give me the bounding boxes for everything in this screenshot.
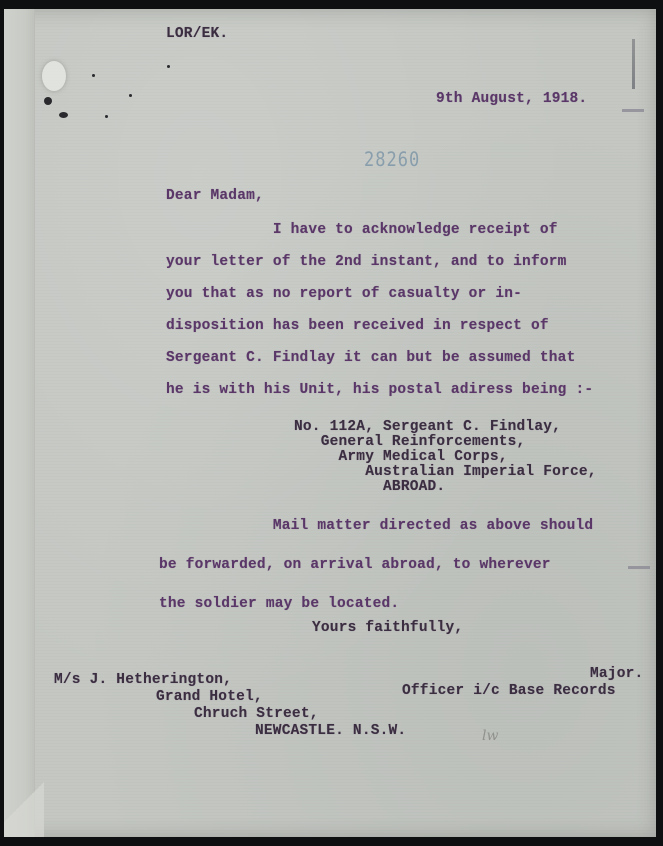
signatory-rank: Major. <box>590 666 643 682</box>
body-line: you that as no report of casualty or in- <box>166 286 522 302</box>
letter-page: LOR/EK. 9th August, 1918. 28260 Dear Mad… <box>4 9 656 837</box>
body-line: he is with his Unit, his postal adiress … <box>166 382 593 398</box>
salutation: Dear Madam, <box>166 188 264 204</box>
recipient-city: NEWCASTLE. N.S.W. <box>255 723 406 739</box>
damage-speck-icon <box>44 97 52 105</box>
signatory-title: Officer i/c Base Records <box>402 683 616 699</box>
dot-speck-icon <box>167 65 170 68</box>
punch-hole-icon <box>42 61 66 91</box>
address-line: ABROAD. <box>294 479 445 495</box>
dot-speck-icon <box>92 74 95 77</box>
folded-corner <box>4 767 44 837</box>
damage-speck-icon <box>59 112 68 118</box>
address-line: General Reinforcements, <box>294 434 525 450</box>
body-line: I have to acknowledge receipt of <box>166 222 558 238</box>
letter-date: 9th August, 1918. <box>436 91 587 107</box>
recipient-name: M/s J. Hetherington, <box>54 672 232 688</box>
margin-dash-icon <box>622 109 644 112</box>
dot-speck-icon <box>105 115 108 118</box>
margin-dash-icon <box>628 566 650 569</box>
pen-mark-icon <box>632 39 635 89</box>
scanned-document: LOR/EK. 9th August, 1918. 28260 Dear Mad… <box>0 0 663 846</box>
reference-code: LOR/EK. <box>166 26 228 42</box>
address-line: Army Medical Corps, <box>294 449 508 465</box>
recipient-hotel: Grand Hotel, <box>156 689 263 705</box>
closing-line: Mail matter directed as above should <box>166 518 593 534</box>
valediction: Yours faithfully, <box>312 620 463 636</box>
body-line: disposition has been received in respect… <box>166 318 549 334</box>
closing-line: the soldier may be located. <box>159 596 399 612</box>
handwritten-initials: lw <box>482 728 498 744</box>
closing-line: be forwarded, on arrival abroad, to wher… <box>159 557 551 573</box>
address-line: Australian Imperial Force, <box>294 464 597 480</box>
recipient-street: Chruch Street, <box>194 706 319 722</box>
body-line: your letter of the 2nd instant, and to i… <box>166 254 567 270</box>
address-line: No. 112A, Sergeant C. Findlay, <box>294 419 561 435</box>
body-line: Sergeant C. Findlay it can but be assume… <box>166 350 575 366</box>
file-number-stamp: 28260 <box>364 149 420 172</box>
binding-strip <box>4 9 35 837</box>
dot-speck-icon <box>129 94 132 97</box>
